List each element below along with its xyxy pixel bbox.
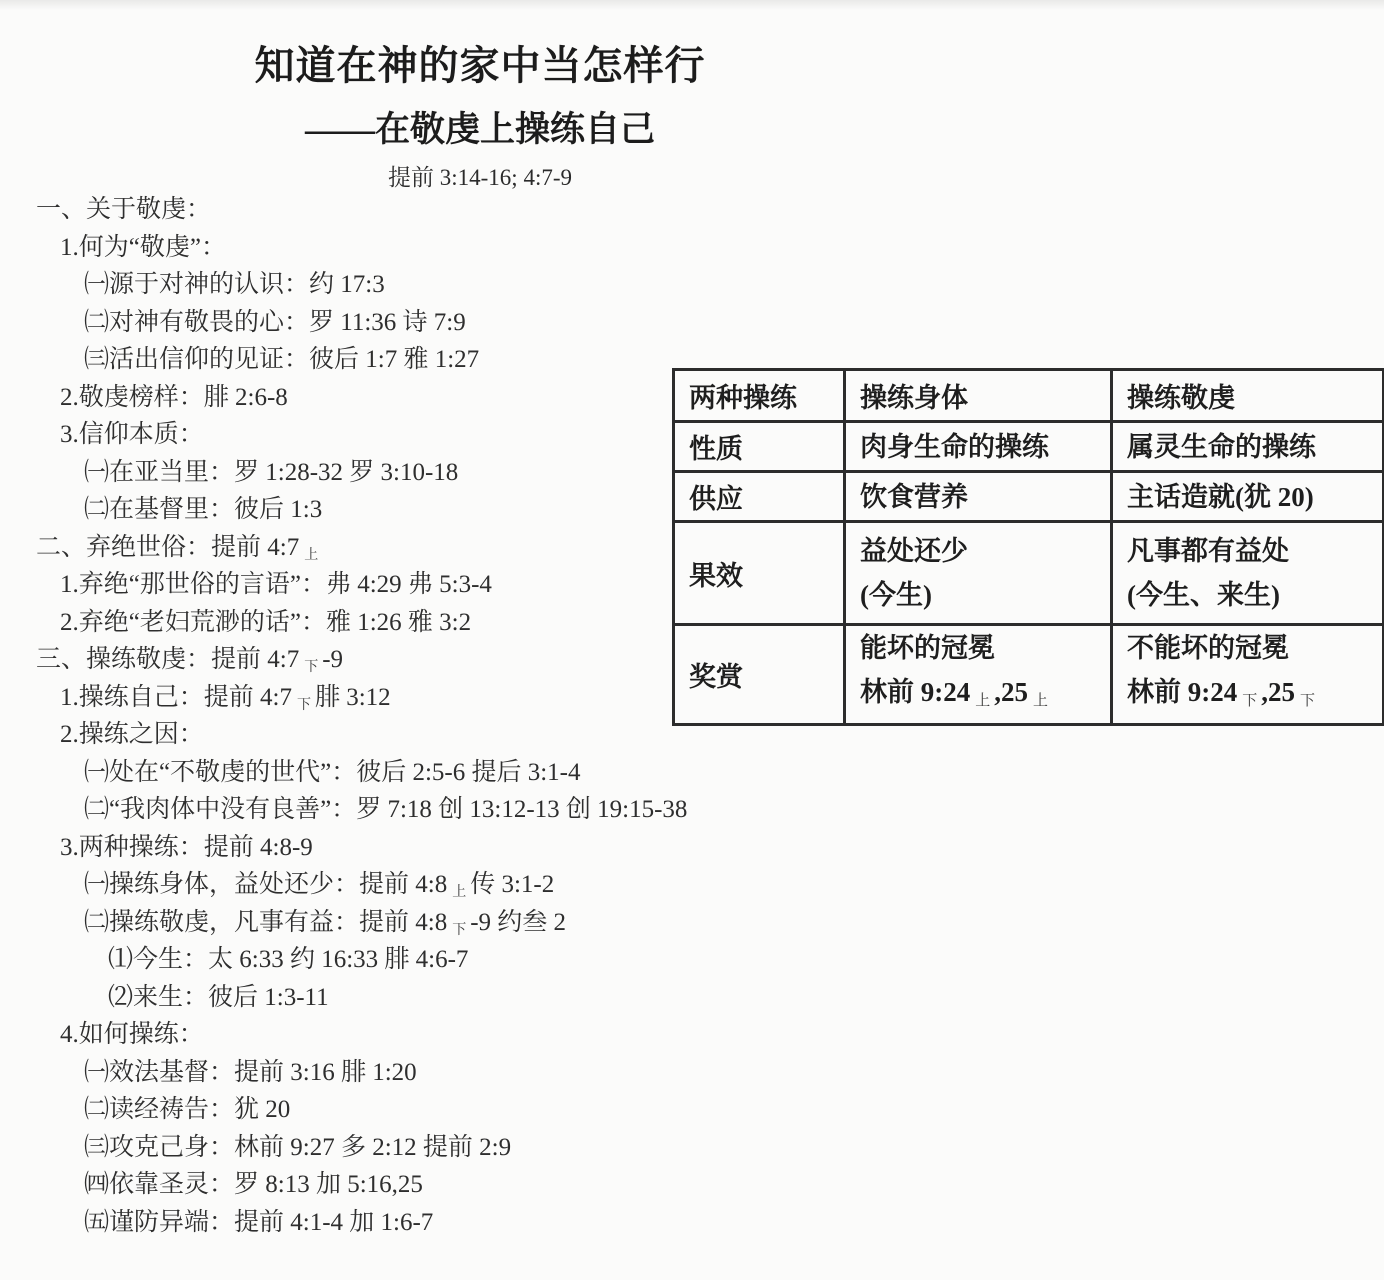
text-run: 二、弃绝世俗：提前 4:7 [36, 534, 299, 561]
table-cell-line: 林前 9:24上,25上 [860, 670, 1106, 723]
text-run: 2.弃绝“老妇荒渺的话”：雅 1:26 雅 3:2 [60, 609, 471, 636]
text-run: 4.如何操练： [60, 1021, 204, 1048]
outline-line: ⑴今生：太 6:33 约 16:33 腓 4:6-7 [0, 941, 1384, 979]
text-run: ㈢活出信仰的见证：彼后 1:7 雅 1:27 [84, 346, 479, 373]
table-header-row: 两种操练操练身体操练敬虔 [674, 370, 1384, 422]
table-row: 奖赏能坏的冠冕林前 9:24上,25上不能坏的冠冕林前 9:24下,25下 [674, 625, 1384, 725]
table-cell: 凡事都有益处(今生、来生) [1112, 522, 1384, 625]
table-cell: 主话造就(犹 20) [1112, 472, 1384, 522]
text-run: 林前 9:24 [1127, 677, 1237, 707]
table-row-label: 供应 [674, 472, 845, 522]
table-cell-line: 饮食营养 [860, 475, 1106, 519]
scan-edge-artifact [0, 0, 1384, 10]
table-header-cell: 操练身体 [845, 370, 1112, 422]
scripture-reference: 提前 3:14-16; 4:7-9 [0, 164, 960, 192]
table-cell: 不能坏的冠冕林前 9:24下,25下 [1112, 625, 1384, 725]
table-row: 供应饮食营养主话造就(犹 20) [674, 472, 1384, 522]
table-cell-line: 林前 9:24下,25下 [1127, 670, 1378, 723]
outline-line: ㈡读经祷告：犹 20 [0, 1091, 1384, 1129]
outline-line: ㈤谨防异端：提前 4:1-4 加 1:6-7 [0, 1204, 1384, 1242]
text-run: ㈡操练敬虔，凡事有益：提前 4:8 [84, 909, 447, 936]
text-run: 饮食营养 [860, 482, 968, 512]
half-verse-marker: 上 [975, 693, 990, 709]
outline-line: 1.何为“敬虔”： [0, 229, 1384, 267]
half-verse-marker: 上 [304, 548, 318, 563]
table-cell: 益处还少(今生) [845, 522, 1112, 625]
table-cell-line: 主话造就(犹 20) [1127, 475, 1378, 519]
table-cell: 肉身生命的操练 [845, 422, 1112, 472]
outline-line: ⑵来生：彼后 1:3-11 [0, 979, 1384, 1017]
text-run: ㈠源于对神的认识：约 17:3 [84, 271, 385, 298]
text-run: (今生、来生) [1127, 580, 1280, 610]
text-run: 三、操练敬虔：提前 4:7 [36, 646, 299, 673]
outline-line: ㈣依靠圣灵：罗 8:13 加 5:16,25 [0, 1166, 1384, 1204]
table-cell-line: 肉身生命的操练 [860, 425, 1106, 469]
text-run: ㈢攻克己身：林前 9:27 多 2:12 提前 2:9 [84, 1134, 511, 1161]
half-verse-marker: 上 [1033, 693, 1048, 709]
text-run: 益处还少 [860, 536, 968, 566]
text-run: 凡事都有益处 [1127, 536, 1289, 566]
table-row-label: 奖赏 [674, 625, 845, 725]
half-verse-marker: 下 [297, 698, 311, 713]
table-cell-line: 凡事都有益处 [1127, 529, 1378, 573]
text-run: ,25 [1261, 677, 1295, 707]
text-run: 1.何为“敬虔”： [60, 234, 226, 261]
text-run: ㈡在基督里：彼后 1:3 [84, 496, 322, 523]
text-run: 2.敬虔榜样：腓 2:6-8 [60, 384, 288, 411]
text-run: ⑴今生：太 6:33 约 16:33 腓 4:6-7 [108, 946, 468, 973]
document-subtitle: ——在敬虔上操练自己 [0, 108, 960, 152]
table-cell-line: 不能坏的冠冕 [1127, 626, 1378, 670]
outline-line: ㈡操练敬虔，凡事有益：提前 4:8下-9 约叁 2 [0, 904, 1384, 942]
text-run: (今生) [860, 580, 932, 610]
text-run: 3.两种操练：提前 4:8-9 [60, 834, 313, 861]
outline-line: 一、关于敬虔： [0, 191, 1384, 229]
outline-line: 4.如何操练： [0, 1016, 1384, 1054]
text-run: 1.操练自己：提前 4:7 [60, 684, 292, 711]
text-run: 肉身生命的操练 [860, 432, 1049, 462]
text-run: ㈤谨防异端：提前 4:1-4 加 1:6-7 [84, 1209, 433, 1236]
comparison-table: 两种操练操练身体操练敬虔 性质肉身生命的操练属灵生命的操练供应饮食营养主话造就(… [672, 368, 1384, 726]
text-run: -9 约叁 2 [470, 909, 566, 936]
text-run: ⑵来生：彼后 1:3-11 [108, 984, 329, 1011]
text-run: ㈠操练身体，益处还少：提前 4:8 [84, 871, 447, 898]
text-run: ㈠效法基督：提前 3:16 腓 1:20 [84, 1059, 417, 1086]
text-run: ㈡“我肉体中没有良善”：罗 7:18 创 13:12-13 创 19:15-38 [84, 796, 687, 823]
text-run: ,25 [994, 677, 1028, 707]
text-run: 主话造就(犹 20) [1127, 482, 1314, 512]
outline-line: ㈠效法基督：提前 3:16 腓 1:20 [0, 1054, 1384, 1092]
outline-line: ㈡“我肉体中没有良善”：罗 7:18 创 13:12-13 创 19:15-38 [0, 791, 1384, 829]
table-row-label: 性质 [674, 422, 845, 472]
text-run: 不能坏的冠冕 [1127, 633, 1289, 663]
text-run: 一、关于敬虔： [36, 196, 211, 223]
outline-line: ㈠操练身体，益处还少：提前 4:8上传 3:1-2 [0, 866, 1384, 904]
half-verse-marker: 下 [452, 923, 466, 938]
text-run: ㈣依靠圣灵：罗 8:13 加 5:16,25 [84, 1171, 423, 1198]
document-title: 知道在神的家中当怎样行 [0, 40, 960, 92]
table-cell-line: (今生、来生) [1127, 573, 1378, 617]
table-row-label: 果效 [674, 522, 845, 625]
table-body: 性质肉身生命的操练属灵生命的操练供应饮食营养主话造就(犹 20)果效益处还少(今… [674, 422, 1384, 725]
text-run: ㈡对神有敬畏的心：罗 11:36 诗 7:9 [84, 309, 466, 336]
half-verse-marker: 上 [452, 885, 466, 900]
table-header-cell: 操练敬虔 [1112, 370, 1384, 422]
half-verse-marker: 下 [1300, 693, 1315, 709]
outline-line: ㈠源于对神的认识：约 17:3 [0, 266, 1384, 304]
text-run: ㈡读经祷告：犹 20 [84, 1096, 290, 1123]
table-cell: 属灵生命的操练 [1112, 422, 1384, 472]
text-run: 林前 9:24 [860, 677, 970, 707]
text-run: ㈠处在“不敬虔的世代”：彼后 2:5-6 提后 3:1-4 [84, 759, 581, 786]
text-run: 能坏的冠冕 [860, 633, 995, 663]
half-verse-marker: 下 [304, 660, 318, 675]
outline-line: ㈢攻克己身：林前 9:27 多 2:12 提前 2:9 [0, 1129, 1384, 1167]
table-header-cell: 两种操练 [674, 370, 845, 422]
half-verse-marker: 下 [1242, 693, 1257, 709]
text-run: 1.弃绝“那世俗的言语”：弗 4:29 弗 5:3-4 [60, 571, 492, 598]
title-block: 知道在神的家中当怎样行 ——在敬虔上操练自己 提前 3:14-16; 4:7-9 [0, 40, 960, 192]
table-cell: 饮食营养 [845, 472, 1112, 522]
table-cell-line: (今生) [860, 573, 1106, 617]
table-cell: 能坏的冠冕林前 9:24上,25上 [845, 625, 1112, 725]
text-run: 2.操练之因： [60, 721, 204, 748]
text-run: 传 3:1-2 [470, 871, 554, 898]
text-run: 属灵生命的操练 [1127, 432, 1316, 462]
table-row: 果效益处还少(今生)凡事都有益处(今生、来生) [674, 522, 1384, 625]
outline-line: 3.两种操练：提前 4:8-9 [0, 829, 1384, 867]
text-run: -9 [322, 646, 343, 673]
outline-line: ㈡对神有敬畏的心：罗 11:36 诗 7:9 [0, 304, 1384, 342]
table-cell-line: 能坏的冠冕 [860, 626, 1106, 670]
table-cell-line: 益处还少 [860, 529, 1106, 573]
outline-line: ㈠处在“不敬虔的世代”：彼后 2:5-6 提后 3:1-4 [0, 754, 1384, 792]
text-run: 3.信仰本质： [60, 421, 204, 448]
table-cell-line: 属灵生命的操练 [1127, 425, 1378, 469]
text-run: 腓 3:12 [315, 684, 391, 711]
scanned-document-page: { "theme":{ "paper":"#fbfbfa", "ink":"#2… [0, 0, 1384, 1280]
table-row: 性质肉身生命的操练属灵生命的操练 [674, 422, 1384, 472]
text-run: ㈠在亚当里：罗 1:28-32 罗 3:10-18 [84, 459, 458, 486]
